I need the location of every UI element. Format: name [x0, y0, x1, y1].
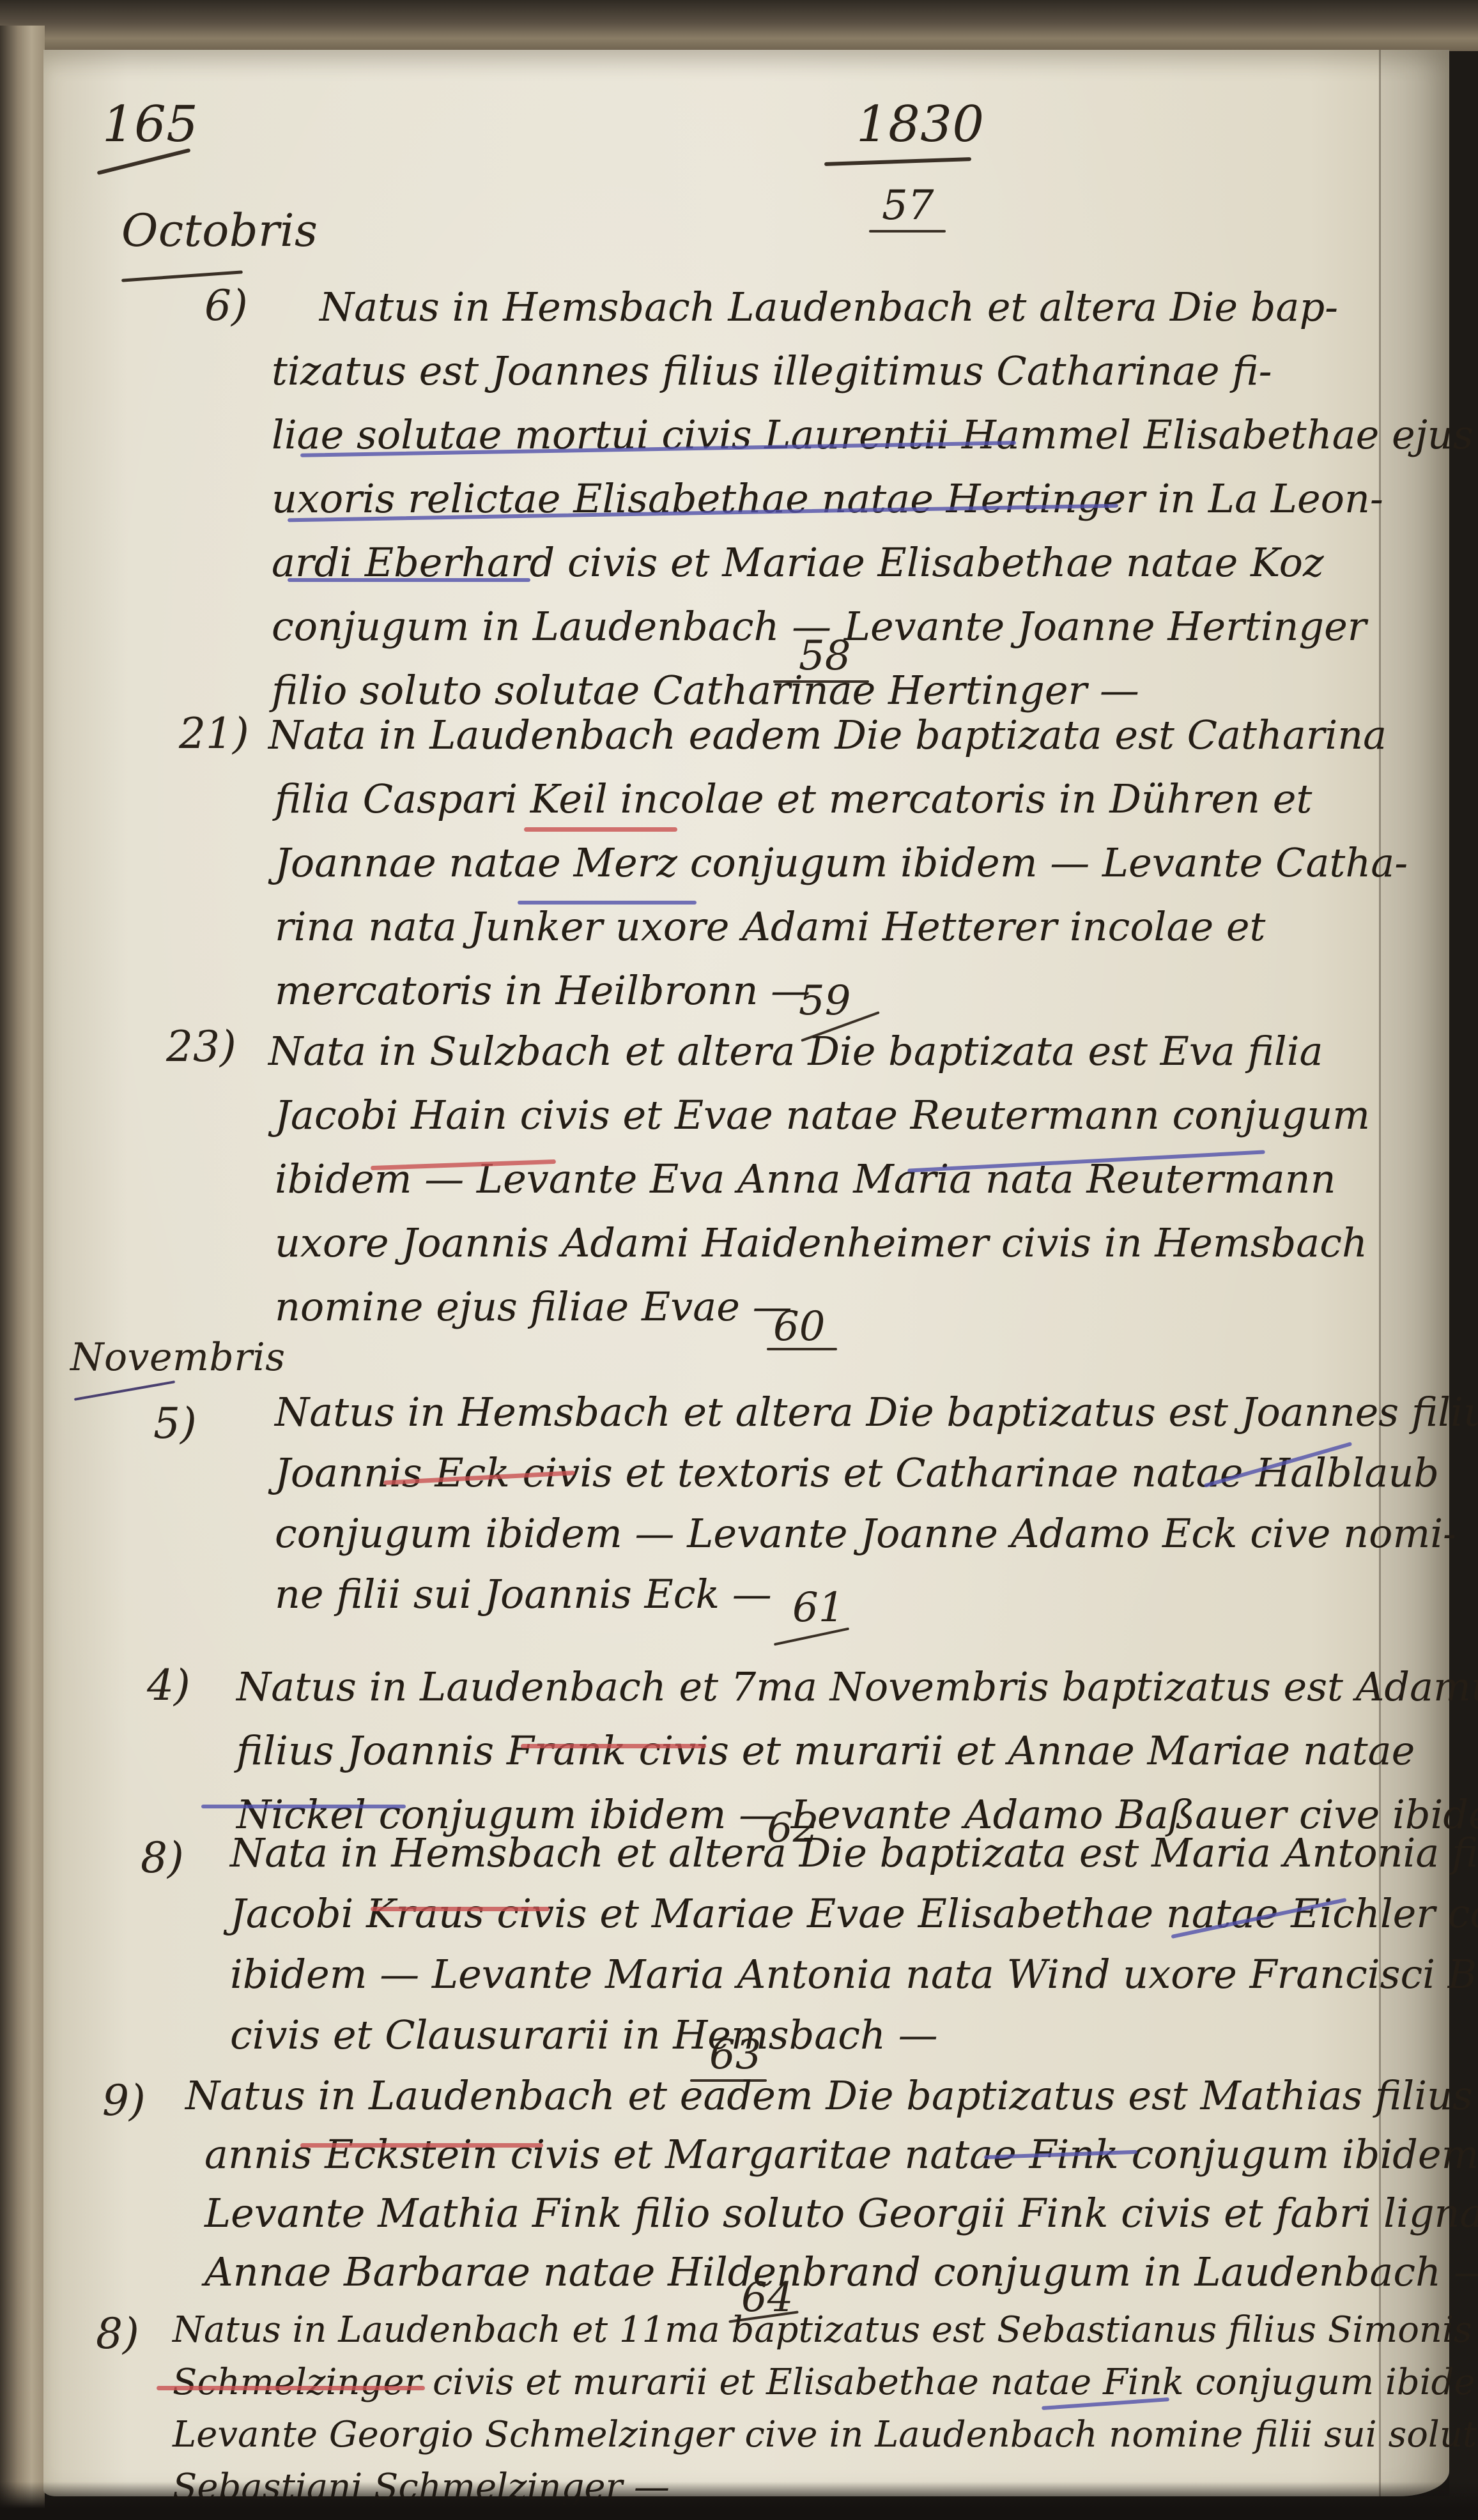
entry-line: Levante Mathia Fink filio soluto Georgii… — [204, 2194, 1478, 2252]
entry-number-underline — [869, 230, 946, 233]
month-label-october: Octobris — [121, 204, 318, 257]
entry-number-underline — [767, 1348, 837, 1350]
entry-day: 9) — [102, 2076, 146, 2125]
entry-line: Nata in Hemsbach et altera Die baptizata… — [230, 1833, 1478, 1894]
entry-line: ardi Eberhard civis et Mariae Elisabetha… — [272, 543, 1474, 607]
entry-day: 8) — [96, 2309, 139, 2358]
entry-number: 63 — [709, 2031, 761, 2079]
entry-line: Natus in Laudenbach et eadem Die baptiza… — [185, 2076, 1478, 2135]
page-bottom-shadow — [0, 2482, 1478, 2520]
blue-pencil-underline — [201, 1805, 406, 1808]
entry-day: 6) — [204, 281, 248, 330]
entry-line: Joannae natae Merz conjugum ibidem — Lev… — [275, 843, 1408, 907]
entry-line: Levante Georgio Schmelzinger cive in Lau… — [173, 2417, 1478, 2470]
entry-line: conjugum ibidem — Levante Joanne Adamo E… — [275, 1514, 1478, 1575]
entry-line: Natus in Laudenbach et 7ma Novembris bap… — [236, 1667, 1478, 1731]
entry-number: 60 — [773, 1303, 825, 1350]
red-pencil-underline — [524, 827, 677, 832]
red-pencil-underline — [521, 1744, 706, 1748]
entry-day: 4) — [147, 1661, 190, 1710]
entry-number: 58 — [799, 632, 851, 680]
entry-line: Joannis Eck civis et textoris et Cathari… — [275, 1453, 1478, 1514]
entry-number: 61 — [792, 1584, 844, 1631]
book-binding-top — [0, 0, 1478, 51]
entry-line: rina nata Junker uxore Adami Hetterer in… — [275, 907, 1408, 971]
entry-line: civis et Clausurarii in Hemsbach — — [230, 2015, 1478, 2076]
entry-line: ne filii sui Joannis Eck — — [275, 1575, 1478, 1635]
entry-line: Schmelzinger civis et murarii et Elisabe… — [173, 2365, 1478, 2417]
entry-line: Natus in Hemsbach Laudenbach et altera D… — [319, 287, 1474, 351]
entry-number: 59 — [799, 977, 851, 1025]
entry-line: Natus in Hemsbach et altera Die baptizat… — [275, 1393, 1478, 1453]
entry-line: conjugum in Laudenbach — Levante Joanne … — [272, 607, 1474, 671]
folio-number: 165 — [102, 96, 198, 153]
blue-pencil-underline — [288, 578, 530, 582]
red-pencil-underline — [300, 2143, 543, 2148]
entry-line: Nata in Laudenbach eadem Die baptizata e… — [268, 715, 1408, 779]
entry-text: Nata in Hemsbach et altera Die baptizata… — [230, 1833, 1478, 2076]
year-heading: 1830 — [856, 96, 985, 153]
red-pencil-underline — [371, 1907, 550, 1911]
entry-line: Annae Barbarae natae Hildenbrand conjugu… — [204, 2252, 1478, 2311]
entry-line: Nata in Sulzbach et altera Die baptizata… — [268, 1032, 1370, 1096]
entry-day: 8) — [141, 1833, 184, 1882]
entry-line: uxore Joannis Adami Haidenheimer civis i… — [275, 1223, 1370, 1287]
entry-line: Jacobi Hain civis et Evae natae Reuterma… — [275, 1096, 1370, 1159]
entry-day: 23) — [166, 1022, 236, 1071]
entry-number: 57 — [882, 182, 934, 229]
entry-number-underline — [773, 680, 869, 683]
blue-pencil-underline — [518, 901, 697, 905]
entry-line: filius Joannis Frank civis et murarii et… — [236, 1731, 1478, 1795]
entry-line: Natus in Laudenbach et 11ma baptizatus e… — [173, 2312, 1478, 2365]
entry-text: Natus in Hemsbach et altera Die baptizat… — [275, 1393, 1478, 1635]
entry-day: 5) — [153, 1399, 197, 1448]
red-pencil-underline — [157, 2386, 425, 2390]
entry-line: ibidem — Levante Eva Anna Maria nata Reu… — [275, 1159, 1370, 1223]
entry-day: 21) — [179, 709, 249, 758]
entry-line: Jacobi Kraus civis et Mariae Evae Elisab… — [230, 1894, 1478, 1955]
book-binding-left — [0, 26, 45, 2520]
entry-line: tizatus est Joannes filius illegitimus C… — [272, 351, 1474, 415]
entry-text: Natus in Laudenbach et eadem Die baptiza… — [185, 2076, 1478, 2311]
entry-line: ibidem — Levante Maria Antonia nata Wind… — [230, 1955, 1478, 2015]
entry-line: filia Caspari Keil incolae et mercatoris… — [275, 779, 1408, 843]
month-label-november: Novembris — [70, 1335, 286, 1380]
